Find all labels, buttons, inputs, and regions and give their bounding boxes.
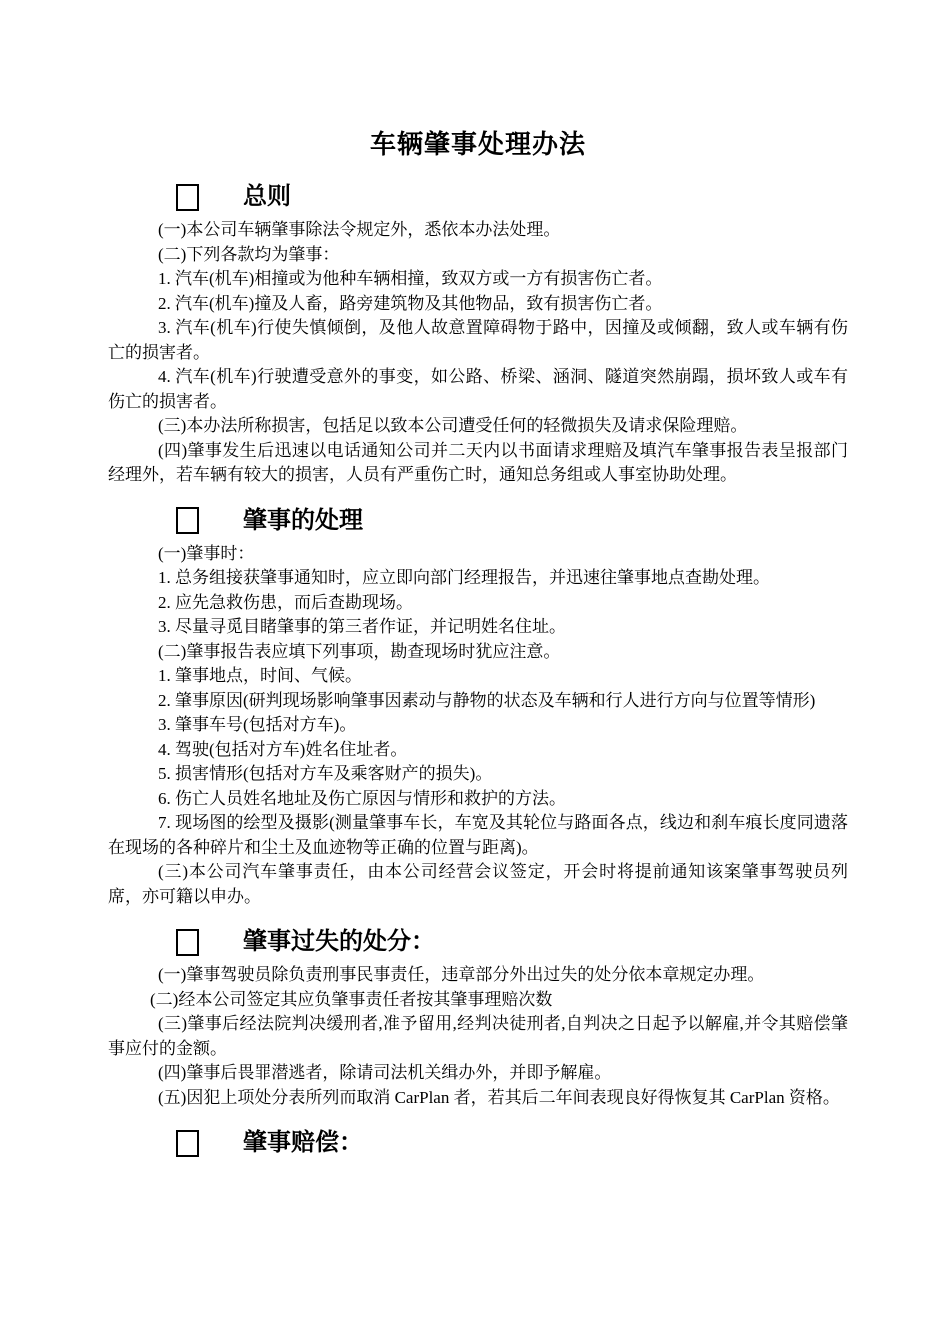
- paragraph: 6. 伤亡人员姓名地址及伤亡原因与情形和救护的方法。: [108, 787, 848, 812]
- paragraph: (一)肇事驾驶员除负责刑事民事责任，违章部分外出过失的处分依本章规定办理。: [108, 963, 848, 988]
- section-heading-accident-handling: 肇事的处理: [176, 506, 848, 536]
- paragraph: 3. 尽量寻觅目睹肇事的第三者作证，并记明姓名住址。: [108, 615, 848, 640]
- paragraph: 3. 肇事车号(包括对方车)。: [108, 713, 848, 738]
- paragraph: (一)肇事时：: [108, 542, 848, 567]
- section-heading-label: 总则: [243, 182, 291, 212]
- paragraph: 4. 驾驶(包括对方车)姓名住址者。: [108, 738, 848, 763]
- paragraph: (二)下列各款均为肇事：: [108, 243, 848, 268]
- empty-checkbox-icon: [176, 184, 199, 211]
- paragraph: 2. 应先急救伤患，而后查勘现场。: [108, 591, 848, 616]
- paragraph: 7. 现场图的绘型及摄影(测量肇事车长，车宽及其轮位与路面各点，线边和刹车痕长度…: [108, 811, 848, 860]
- section-accident-compensation: 肇事赔偿：: [108, 1128, 848, 1158]
- paragraph: 2. 肇事原因(研判现场影响肇事因素动与静物的状态及车辆和行人进行方向与位置等情…: [108, 689, 848, 714]
- paragraph: (五)因犯上项处分表所列而取消 CarPlan 者，若其后二年间表现良好得恢复其…: [108, 1086, 848, 1111]
- document-title: 车辆肇事处理办法: [108, 128, 848, 162]
- paragraph: (三)本办法所称损害，包括足以致本公司遭受任何的轻微损失及请求保险理赔。: [108, 414, 848, 439]
- paragraph: (二)经本公司签定其应负肇事责任者按其肇事理赔次数: [108, 988, 848, 1013]
- document-page: 车辆肇事处理办法 总则 (一)本公司车辆肇事除法令规定外，悉依本办法处理。 (二…: [0, 0, 950, 1344]
- section-negligence-punishment: 肇事过失的处分： (一)肇事驾驶员除负责刑事民事责任，违章部分外出过失的处分依本…: [108, 927, 848, 1110]
- paragraph: (四)肇事发生后迅速以电话通知公司并二天内以书面请求理赔及填汽车肇事报告表呈报部…: [108, 439, 848, 488]
- section-heading-label: 肇事的处理: [243, 506, 363, 536]
- paragraph: (三)肇事后经法院判决缓刑者,准予留用,经判决徒刑者,自判决之日起予以解雇,并令…: [108, 1012, 848, 1061]
- empty-checkbox-icon: [176, 507, 199, 534]
- paragraph: 1. 肇事地点，时间、气候。: [108, 664, 848, 689]
- paragraph: 4. 汽车(机车)行驶遭受意外的事变，如公路、桥梁、涵洞、隧道突然崩蹋，损坏致人…: [108, 365, 848, 414]
- paragraph: (三)本公司汽车肇事责任，由本公司经营会议签定，开会时将提前通知该案肇事驾驶员列…: [108, 860, 848, 909]
- empty-checkbox-icon: [176, 1130, 199, 1157]
- paragraph: 5. 损害情形(包括对方车及乘客财产的损失)。: [108, 762, 848, 787]
- section-heading-label: 肇事过失的处分：: [243, 927, 435, 957]
- empty-checkbox-icon: [176, 929, 199, 956]
- paragraph: 1. 汽车(机车)相撞或为他种车辆相撞，致双方或一方有损害伤亡者。: [108, 267, 848, 292]
- section-heading-general-rules: 总则: [176, 182, 848, 212]
- paragraph: (二)肇事报告表应填下列事项，勘查现场时犹应注意。: [108, 640, 848, 665]
- paragraph: 2. 汽车(机车)撞及人畜，路旁建筑物及其他物品，致有损害伤亡者。: [108, 292, 848, 317]
- section-heading-label: 肇事赔偿：: [243, 1128, 363, 1158]
- section-accident-handling: 肇事的处理 (一)肇事时： 1. 总务组接获肇事通知时，应立即向部门经理报告，并…: [108, 506, 848, 910]
- paragraph: 3. 汽车(机车)行使失慎倾倒，及他人故意置障碍物于路中，因撞及或倾翻，致人或车…: [108, 316, 848, 365]
- paragraph: (一)本公司车辆肇事除法令规定外，悉依本办法处理。: [108, 218, 848, 243]
- section-heading-accident-compensation: 肇事赔偿：: [176, 1128, 848, 1158]
- paragraph: (四)肇事后畏罪潜逃者，除请司法机关缉办外，并即予解雇。: [108, 1061, 848, 1086]
- section-heading-negligence-punishment: 肇事过失的处分：: [176, 927, 848, 957]
- section-general-rules: 总则 (一)本公司车辆肇事除法令规定外，悉依本办法处理。 (二)下列各款均为肇事…: [108, 182, 848, 488]
- paragraph: 1. 总务组接获肇事通知时，应立即向部门经理报告，并迅速往肇事地点查勘处理。: [108, 566, 848, 591]
